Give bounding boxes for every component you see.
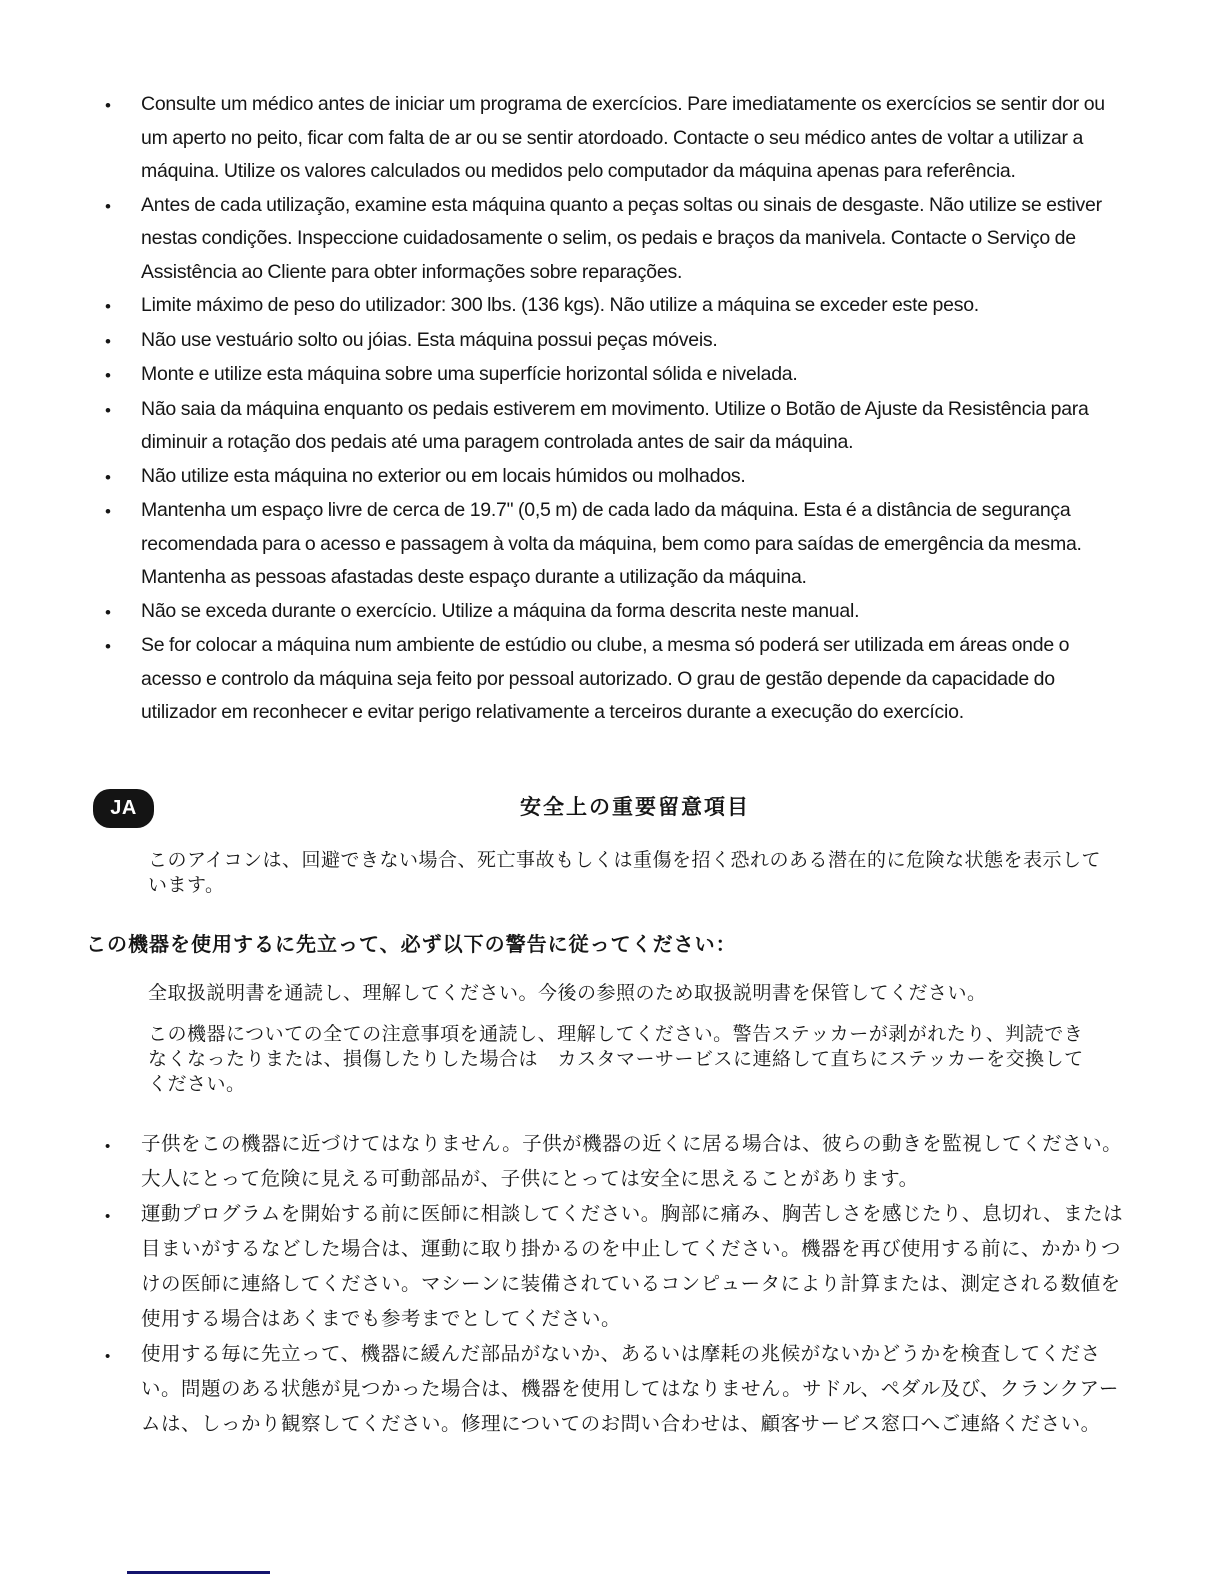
list-item: • Mantenha um espaço livre de cerca de 1… (105, 494, 1114, 595)
ja-section-title: 安全上の重要留意項目 (0, 788, 1224, 828)
bullet-dot-icon: • (105, 494, 141, 529)
manual-page: • Consulte um médico antes de iniciar um… (0, 0, 1224, 1584)
ja-bullet-text: 使用する毎に先立って、機器に緩んだ部品がないか、あるいは摩耗の兆候がないかどうか… (141, 1337, 1124, 1442)
bullet-dot-icon: • (105, 629, 141, 664)
list-item: • Antes de cada utilização, examine esta… (105, 189, 1114, 290)
pt-bullet-text: Se for colocar a máquina num ambiente de… (141, 629, 1114, 730)
list-item: • Limite máximo de peso do utilizador: 3… (105, 289, 1114, 324)
bullet-dot-icon: • (105, 1127, 141, 1164)
bullet-dot-icon: • (105, 460, 141, 495)
bullet-dot-icon: • (105, 1337, 141, 1374)
list-item: • 子供をこの機器に近づけてはなりません。子供が機器の近くに居る場合は、彼らの動… (105, 1127, 1124, 1197)
list-item: • 運動プログラムを開始する前に医師に相談してください。胸部に痛み、胸苦しさを感… (105, 1197, 1124, 1337)
bullet-dot-icon: • (105, 393, 141, 428)
ja-notice-paragraph: この機器についての全ての注意事項を通読し、理解してください。警告ステッカーが剥が… (148, 1022, 1094, 1097)
list-item: • Não saia da máquina enquanto os pedais… (105, 393, 1114, 460)
list-item: • Monte e utilize esta máquina sobre uma… (105, 358, 1114, 393)
pt-bullet-text: Não utilize esta máquina no exterior ou … (141, 460, 1114, 494)
pt-bullet-text: Antes de cada utilização, examine esta m… (141, 189, 1114, 290)
bullet-dot-icon: • (105, 189, 141, 224)
bullet-dot-icon: • (105, 1197, 141, 1234)
ja-warning-lead: この機器を使用するに先立って、必ず以下の警告に従ってください： (86, 928, 1144, 957)
list-item: • Não utilize esta máquina no exterior o… (105, 460, 1114, 495)
bullet-dot-icon: • (105, 595, 141, 630)
pt-bullet-text: Consulte um médico antes de iniciar um p… (141, 88, 1114, 189)
list-item: • Se for colocar a máquina num ambiente … (105, 629, 1114, 730)
pt-bullet-text: Limite máximo de peso do utilizador: 300… (141, 289, 1114, 323)
pt-bullet-text: Não se exceda durante o exercício. Utili… (141, 595, 1114, 629)
list-item: • Não se exceda durante o exercício. Uti… (105, 595, 1114, 630)
bullet-dot-icon: • (105, 88, 141, 123)
pt-bullet-text: Não use vestuário solto ou jóias. Esta m… (141, 324, 1114, 358)
pt-bullet-text: Monte e utilize esta máquina sobre uma s… (141, 358, 1114, 392)
list-item: • Não use vestuário solto ou jóias. Esta… (105, 324, 1114, 359)
list-item: • Consulte um médico antes de iniciar um… (105, 88, 1114, 189)
bullet-dot-icon: • (105, 324, 141, 359)
ja-safety-list: • 子供をこの機器に近づけてはなりません。子供が機器の近くに居る場合は、彼らの動… (105, 1127, 1124, 1442)
ja-notice-paragraph: 全取扱説明書を通読し、理解してください。今後の参照のため取扱説明書を保管してくだ… (148, 981, 1094, 1006)
pt-safety-list: • Consulte um médico antes de iniciar um… (105, 88, 1114, 730)
footer-rule (127, 1571, 270, 1574)
ja-icon-note: このアイコンは、回避できない場合、死亡事故もしくは重傷を招く恐れのある潜在的に危… (148, 848, 1104, 898)
list-item: • 使用する毎に先立って、機器に緩んだ部品がないか、あるいは摩耗の兆候がないかど… (105, 1337, 1124, 1442)
bullet-dot-icon: • (105, 289, 141, 324)
ja-bullet-text: 子供をこの機器に近づけてはなりません。子供が機器の近くに居る場合は、彼らの動きを… (141, 1127, 1124, 1197)
pt-bullet-text: Mantenha um espaço livre de cerca de 19.… (141, 494, 1114, 595)
bullet-dot-icon: • (105, 358, 141, 393)
pt-bullet-text: Não saia da máquina enquanto os pedais e… (141, 393, 1114, 460)
ja-bullet-text: 運動プログラムを開始する前に医師に相談してください。胸部に痛み、胸苦しさを感じた… (141, 1197, 1124, 1337)
ja-section-header: JA 安全上の重要留意項目 (0, 788, 1224, 830)
